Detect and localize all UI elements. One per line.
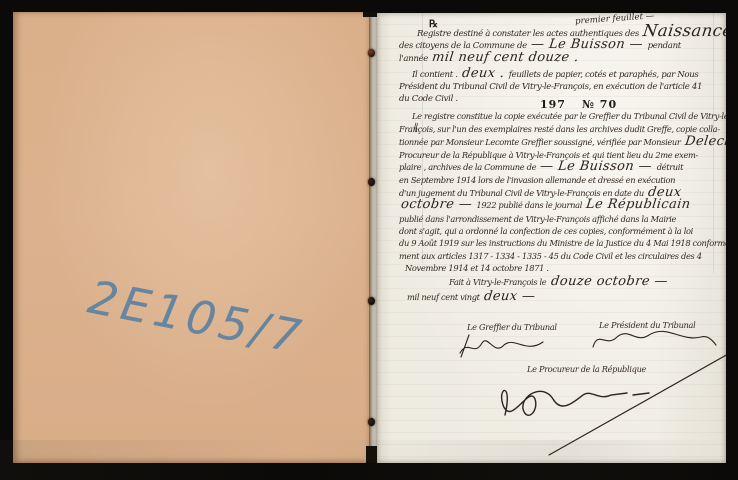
body-line-5-text: plaire , archives de la Commune de: [399, 162, 536, 172]
body-line-10: dont s'agit, qui a ordonné la confection…: [399, 226, 693, 236]
register-type-naissances: Naissances: [641, 26, 726, 36]
body-line-5-tail: détruit: [657, 162, 683, 172]
header-line-4-text: Il contient .: [412, 70, 458, 80]
body-line-3-text: tionnée par Monsieur Lecomte Greffier so…: [399, 137, 681, 147]
header-line-4: Il contient . deux . feuillets de papier…: [412, 69, 699, 80]
header-line-3: l'année mil neuf cent douze .: [399, 53, 581, 64]
spine-top-notch: [363, 12, 377, 17]
body-line-13: Novembre 1914 et 14 octobre 1871 .: [405, 263, 549, 273]
closing-place: Fait à Vitry-le-François le: [449, 277, 546, 287]
body-line-5: plaire , archives de la Commune de — Le …: [399, 162, 683, 172]
header-line-3-text: l'année: [399, 54, 428, 64]
body-line-6: en Septembre 1914 lors de l'invasion all…: [399, 175, 675, 185]
body-line-12: ment aux articles 1317 - 1334 - 1335 - 4…: [399, 251, 702, 261]
procureur-signature: [477, 343, 726, 461]
body-line-11: du 9 Août 1919 sur les instructions du M…: [399, 238, 726, 248]
scanned-register-photo: 2E105/7 premier feuillet — ℞ ∥ Registre …: [0, 0, 738, 480]
register-title-page: premier feuillet — ℞ ∥ Registre destiné …: [377, 13, 726, 463]
body-line-9: publié dans l'arrondissement de Vitry-le…: [399, 214, 676, 224]
closing-day-month: douze octobre —: [548, 277, 670, 287]
body-line-8-text: 1922 publié dans le journal: [476, 200, 582, 210]
closing-line-1: Fait à Vitry-le-François le douze octobr…: [449, 277, 669, 287]
register-cover: 2E105/7: [13, 12, 371, 463]
closing-year: mil neuf cent vingt: [407, 292, 480, 302]
commune-name-repeat: — Le Buisson —: [538, 162, 655, 172]
body-line-3: tionnée par Monsieur Lecomte Greffier so…: [399, 137, 726, 147]
journal-name: Le Républicain: [584, 200, 694, 210]
procureur-name: Delecla: [682, 137, 726, 147]
header-line-6: du Code Civil .: [399, 94, 458, 104]
spine-bottom-notch: [366, 446, 377, 463]
register-year: mil neuf cent douze .: [430, 53, 582, 63]
body-line-8: octobre — 1922 publié dans le journal Le…: [399, 200, 693, 210]
closing-year-em: deux —: [481, 292, 537, 302]
header-line-4-tail: feuillets de papier, cotés et paraphés, …: [509, 70, 699, 80]
header-line-5: Président du Tribunal Civil de Vitry-le-…: [399, 82, 702, 92]
binding-hole-1: [368, 49, 375, 57]
header-line-2-tail: pendant: [648, 41, 681, 51]
binding-hole-4: [368, 418, 375, 426]
stamp-folio: № 70: [582, 98, 617, 111]
body-line-2: François, sur l'un des exemplaires resté…: [399, 124, 720, 134]
archive-call-number: 2E105/7: [84, 270, 309, 365]
commune-name: — Le Buisson —: [529, 40, 646, 50]
binding-hole-3: [368, 297, 375, 305]
sheet-count: deux .: [459, 69, 507, 79]
judgment-month: octobre —: [398, 200, 474, 210]
binding-hole-2: [368, 178, 375, 186]
stamp-number: 197: [540, 98, 566, 111]
binding-seam: [369, 12, 377, 463]
body-line-1: Le registre constitue la copie exécutée …: [412, 111, 726, 121]
closing-line-2: mil neuf cent vingt deux —: [407, 292, 537, 302]
